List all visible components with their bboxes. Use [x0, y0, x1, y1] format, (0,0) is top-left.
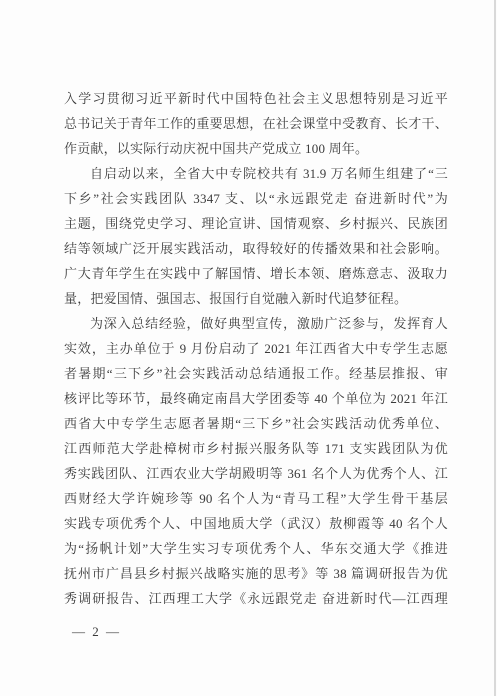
- body-text: 入学习贯彻习近平新时代中国特色社会主义思想特别是习近平总书记关于青年工作的重要思…: [64, 86, 448, 611]
- text-line: 入学习贯彻习近平新时代中国特色社会主义思想特别是习近平: [64, 86, 448, 111]
- text-line: 西省大中专学生志愿者暑期“三下乡”社会实践活动优秀单位、: [64, 411, 448, 436]
- text-line: 作贡献，以实际行动庆祝中国共产党成立 100 周年。: [64, 136, 448, 161]
- text-line: 西财经大学许婉珍等 90 名个人为“青马工程”大学生骨干基层: [64, 486, 448, 511]
- text-line: 核评比等环节，最终确定南昌大学团委等 40 个单位为 2021 年江: [64, 386, 448, 411]
- text-line: 总书记关于青年工作的重要思想，在社会课堂中受教育、长才干、: [64, 111, 448, 136]
- text-line: 为深入总结经验，做好典型宣传，激励广泛参与，发挥育人: [64, 311, 448, 336]
- text-line: 实践专项优秀个人、中国地质大学（武汉）敖柳霞等 40 名个人: [64, 511, 448, 536]
- scan-edge-line: [494, 0, 496, 696]
- text-line: 为“扬帆计划”大学生实习专项优秀个人、华东交通大学《推进: [64, 536, 448, 561]
- text-line: 者暑期“三下乡”社会实践活动总结通报工作。经基层推报、审: [64, 361, 448, 386]
- text-line: 秀调研报告、江西理工大学《永远跟党走 奋进新时代—江西理: [64, 586, 448, 611]
- text-line: 下乡”社会实践团队 3347 支、以“永远跟党走 奋进新时代”为: [64, 186, 448, 211]
- text-line: 自启动以来，全省大中专院校共有 31.9 万名师生组建了“三: [64, 161, 448, 186]
- page-number: — 2 —: [72, 622, 121, 642]
- text-line: 广大青年学生在实践中了解国情、增长本领、磨炼意志、汲取力: [64, 261, 448, 286]
- text-line: 结等领域广泛开展实践活动，取得较好的传播效果和社会影响。: [64, 236, 448, 261]
- document-page: 入学习贯彻习近平新时代中国特色社会主义思想特别是习近平总书记关于青年工作的重要思…: [0, 0, 497, 696]
- text-line: 抚州市广昌县乡村振兴战略实施的思考》等 38 篇调研报告为优: [64, 561, 448, 586]
- text-line: 实效，主办单位于 9 月份启动了 2021 年江西省大中专学生志愿: [64, 336, 448, 361]
- text-line: 秀实践团队、江西农业大学胡殿明等 361 名个人为优秀个人、江: [64, 461, 448, 486]
- text-line: 量，把爱国情、强国志、报国行自觉融入新时代追梦征程。: [64, 286, 448, 311]
- text-line: 江西师范大学赴樟树市乡村振兴服务队等 171 支实践团队为优: [64, 436, 448, 461]
- text-line: 主题，围绕党史学习、理论宣讲、国情观察、乡村振兴、民族团: [64, 211, 448, 236]
